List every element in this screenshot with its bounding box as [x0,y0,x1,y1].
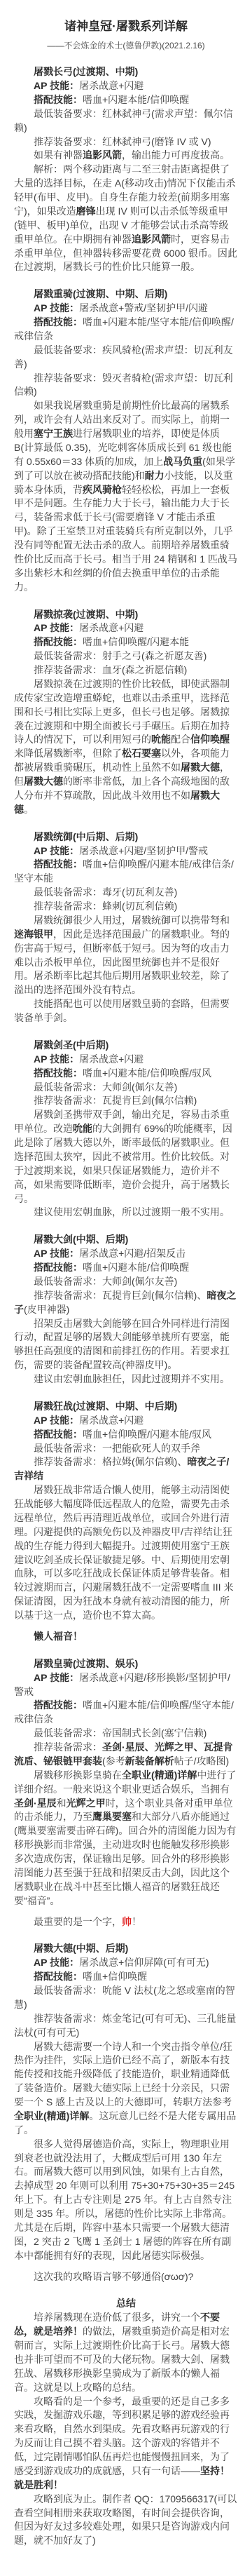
field-line: 最低装备需求：吮能 V 法杖(龙之怒或塞南的智慧) [14,1984,238,2012]
bold-text: 搭配技能： [34,1262,83,1273]
text-run: 和 [57,1798,66,1809]
bold-text: 追影风箭 [132,234,171,245]
text-run: 攻略看的是一个参考，最重要的还是自己多多实践，发掘游戏乐趣，等到积累足够的游戏经… [14,2396,230,2476]
text-run: (皮甲神器) [24,1304,69,1315]
bold-text: 迷海银甲 [14,929,53,940]
bold-text: 屠戮大德 [181,762,220,773]
field-line: 推荐装备需求：圣剑·星辰、光辉之甲、瓦提肯流盾、铋银链甲套装(参考新装备解析帖子… [14,1741,238,1769]
section-1: 屠戮长弓(过渡期、中期)AP 技能：屠杀战意+闪避搭配技能：嗜血+闪避本能/信仰… [14,65,238,274]
paragraph: 攻略看的是一个参考，最重要的还是自己多多实践，发掘游戏乐趣，等到积累足够的游戏经… [14,2395,238,2493]
text-run: 嗜血+信仰唤醒/闪避本能 [83,636,189,647]
bold-text: 光辉之甲 [66,1798,106,1809]
paragraph: 如果有神器追影风箭，输出能力可再度拔高。 [14,149,238,163]
text-run: ！ [132,1916,141,1927]
text-run: 技能搭配也可以使用屠戮皇骑的套路，但需要装备单手剑。 [14,998,230,1023]
bold-text: AP 技能： [34,845,79,856]
bold-text: 战马负重 [163,456,202,467]
text-run: 最低装备需求：一把能砍死人的双手斧 [34,1443,200,1454]
bold-text: AP 技能： [34,1957,79,1968]
text-run: 屠杀战意+闪避/招架反击 [79,1248,185,1259]
paragraph: 最重要的是一个字，帅！ [14,1915,238,1929]
section-3: 屠戮掠袭(过渡期、中期)AP 技能：屠杀战意+闪避搭配技能：嗜血+信仰唤醒/闪避… [14,608,238,817]
text-run: 攻略到底为止。制作者 QQ：1709566317(可以查看空间相册来获取攻略图，… [14,2493,237,2547]
bold-text: 搭配技能： [34,1067,83,1079]
paragraph: 解析：两个移动距离与二至三射击距离提供了大量的选择目标，在走 A(移动攻击)情况… [14,163,238,274]
field-line: 最低装备需求：一把能砍死人的双手斧 [14,1442,238,1456]
field-line: AP 技能：屠杀战意+闪避 [14,1414,238,1428]
text-run: 。 [24,804,34,815]
bold-text: AP 技能： [34,302,79,313]
field-line: 推荐装备需求：瓦提肯巨剑(佩尔信赖)、暗夜之子(皮甲神器) [14,1289,238,1317]
text-run: 帖子/攻略图) [174,1755,230,1767]
field-line: 搭配技能：嗜血+信仰唤醒 [14,1970,238,1984]
field-line: AP 技能：屠杀战意+闪避/招架反击 [14,1247,238,1261]
bold-text: AP 技能： [34,1672,79,1683]
bold-text: 搭配技能： [34,1429,83,1440]
document-title: 诸神皇冠·屠戮系列详解 [14,18,238,35]
text-run: 屠杀战意+警戒/坚韧护甲/闪避 [79,302,208,313]
bold-text: 磨锋 [76,205,96,217]
field-line: AP 技能：屠杀战意+闪避/坚韧护甲/警戒 [14,844,238,858]
bold-text: 塞宁王族 [34,428,73,439]
text-run: 很多人觉得屠德造价高，实际上，物理职业用到衰老也就没法用了，大概成型后可用 13… [14,2138,234,2261]
text-run: 配合 [171,734,190,745]
field-line: AP 技能：屠杀战意+闪避 [14,621,238,635]
text-run: 推荐装备要求：毁灭者骑枪(需求声望：切瓦利信赖) [14,372,233,398]
bold-text: 搭配技能： [34,858,83,870]
paragraph: 攻略到底为止。制作者 QQ：1709566317(可以查看空间相册来获取攻略图，… [14,2493,238,2549]
text-run: 招架反击屠戮大剑能够在回合外同样进行清图行动，配置足够的屠戮大剑能够单挑所有要塞… [14,1318,230,1371]
paragraph: 屠戮大德需要一个诗人和一个突击指令单位/狂热作为挂件，实际上造价已经不高了，新版… [14,2040,238,2138]
paragraph: 屠戮剑圣携带双手剑，输出充足，容易击杀重甲单位。改造吮能的大剑拥有 69%的吮能… [14,1108,238,1206]
text-run: 推荐装备需求：蜂刺(切瓦利信赖) [34,901,177,912]
field-line: 搭配技能：嗜血+信仰唤醒/闪避本能/驭风 [14,1428,238,1442]
bold-text: AP 技能： [34,1053,79,1065]
section-6: 屠戮大剑(中期、后期)AP 技能：屠杀战意+闪避/招架反击搭配技能：嗜血+闪避本… [14,1233,238,1387]
field-line: 最低装备需求：大师剑(佩尔友善) [14,1081,238,1095]
text-run: 推荐装备需求：瓦提肯巨剑(佩尔信赖) [34,1095,197,1106]
bold-text: 屠戮大德 [24,776,63,787]
bold-text: 疾风骑枪 [83,484,122,495]
document-subtitle: ——不会炼金的术士(德鲁伊教)(2021.2.16) [14,40,238,52]
text-run: 建议由宏朝血脉担任，因此过渡期并不实用。 [34,1373,230,1384]
field-line: AP 技能：屠杀战意+闪避 [14,1053,238,1067]
text-run: 推荐装备要求：红林弑神弓(磨锋 IV 或 V) [34,136,211,147]
document-page: 诸神皇冠·屠戮系列详解 ——不会炼金的术士(德鲁伊教)(2021.2.16) 屠… [0,0,252,2576]
text-run: 嗜血+信仰唤醒/闪避本能/驭风 [83,1429,211,1440]
section-5: 屠戮剑圣(中后期)AP 技能：屠杀战意+闪避搭配技能：嗜血+闪避本能/信仰唤醒/… [14,1039,238,1220]
text-run: 屠戮统御很少人用过，屠戮统御可以携带弩和 [34,915,230,926]
section-7: 屠戮狂战(过渡期、中期、中后期)AP 技能：屠杀战意+闪避搭配技能：嗜血+信仰唤… [14,1400,238,1644]
field-line: 搭配技能：嗜血+闪避本能/信仰唤醒 [14,93,238,107]
bold-text: 信仰唤醒 [190,734,230,745]
bold-text: 搭配技能： [34,636,83,647]
bold-text: 圣剑·星辰 [14,1798,57,1809]
text-run: 最低装备需求：毒牙(切瓦利友善) [34,886,177,898]
text-run: 屠杀战意+闪避/坚韧护甲/警戒 [79,845,208,856]
text-run: 如果有神器 [34,149,83,161]
field-line: 搭配技能：嗜血+闪避本能/坚守本能/信仰唤醒/戒律信条 [14,316,238,344]
bold-text: AP 技能： [34,622,79,633]
section-heading: 屠戮长弓(过渡期、中期) [14,65,238,79]
text-run: 屠杀战意+信仰屏障(可有可无) [79,1957,209,1968]
text-run: 推荐装备需求：炼金笔记(可有可无)、三孔能量法杖(可有可无) [14,2013,236,2038]
text-run: 屠杀战意+闪避 [79,80,143,91]
text-run: ，输出能力可再度拔高。 [122,149,230,161]
paragraph: 建议使用宏朝血脉，所以过渡期一般不实用。 [14,1206,238,1220]
field-line: 搭配技能：嗜血+闪避本能/信仰唤醒 [14,1261,238,1275]
text-run: 屠戮移形换影皇骑在 [34,1769,122,1781]
field-line: 搭配技能：嗜血+信仰唤醒/闪避本能/戒律信条/坚守本能 [14,858,238,886]
paragraph: 屠戮狂战非常适合懒人使用，能够主动清图使狂战能够大幅度降低远程敌人的危险，需要先… [14,1483,238,1623]
bold-text: 搭配技能： [34,1971,83,1982]
section-heading: 屠戮大德(中期、后期) [14,1942,238,1956]
paragraph: 招架反击屠戮大剑能够在回合外同样进行清图行动，配置足够的屠戮大剑能够单挑所有要塞… [14,1317,238,1373]
field-line: 推荐装备需求：格拉姆(佩尔信赖)、暗夜之子/吉祥结 [14,1455,238,1483]
bold-text: 松石要塞 [122,748,161,759]
bold-text: 吮能 [151,734,171,745]
paragraph: 建议由宏朝血脉担任，因此过渡期并不实用。 [14,1373,238,1387]
paragraph: 屠戮移形换影皇骑在全职业(精通)详解中进行了详细介绍。一般来说这个职业更适合娱乐… [14,1769,238,1908]
section-4: 屠戮统御(中后期、后期)AP 技能：屠杀战意+闪避/坚韧护甲/警戒搭配技能：嗜血… [14,830,238,1025]
section-9: 屠戮大德(中期、后期)AP 技能：屠杀战意+信仰屏障(可有可无)搭配技能：嗜血+… [14,1942,238,2284]
text-run: 屠戮狂战非常适合懒人使用，能够主动清图使狂战能够大幅度降低远程敌人的危险，需要先… [14,1484,233,1621]
text-run: 最低装备需求：大师剑(佩尔友善) [34,1081,177,1093]
section-heading: 屠戮狂战(过渡期、中期、中后期) [14,1400,238,1414]
text-run: 轻轻松松，再加上一套板甲不是问题。生存能力大于长弓，输出能力大于长弓，装备需求低… [14,484,237,593]
text-run: 屠杀战意+闪避 [79,1053,143,1065]
text-run: 屠杀战意+闪避 [79,1415,143,1426]
text-run: 推荐装备需求：格拉姆(佩尔信赖)、 [34,1456,187,1467]
section-heading: 屠戮统御(中后期、后期) [14,830,238,844]
bold-text: 全职业(精通)详解 [14,2110,89,2122]
field-line: AP 技能：屠杀战意+信仰屏障(可有可无) [14,1956,238,1970]
text-run: 嗜血+闪避本能/信仰唤醒 [83,94,189,105]
bold-text: 追影风箭 [83,149,122,161]
section-heading: 屠戮剑圣(中后期) [14,1039,238,1053]
section-heading: 屠戮重骑(过渡期、中期、后期) [14,288,238,302]
bold-text: 搭配技能： [34,1699,83,1711]
field-line: AP 技能：屠杀战意+闪避/移形换影/坚韧护甲/警戒 [14,1671,238,1699]
text-run: 最重要的是一个字， [34,1916,122,1927]
section-2: 屠戮重骑(过渡期、中期、后期)AP 技能：屠杀战意+警戒/坚韧护甲/闪避搭配技能… [14,288,238,594]
text-run: 培养屠戮现在造价低了很多，讲究一个 [34,2312,200,2323]
bold-text: 搭配技能： [34,94,83,105]
bold-text: 吮能 [73,1123,92,1134]
field-line: 最低装备要求：红林弑神弓(需求声望：佩尔信赖) [14,107,238,135]
bold-text: AP 技能： [34,1248,79,1259]
section-heading: 屠戮掠袭(过渡期、中期) [14,608,238,622]
field-line: 搭配技能：嗜血+信仰唤醒/闪避本能 [14,635,238,649]
article-body: 屠戮长弓(过渡期、中期)AP 技能：屠杀战意+闪避搭配技能：嗜血+闪避本能/信仰… [14,65,238,2548]
paragraph: 懒人福音！ [14,1630,238,1644]
text-run: 推荐装备需求：血牙(森之祈愿信赖) [34,664,187,675]
section-8: 屠戮皇骑(过渡期、娱乐)AP 技能：屠杀战意+闪避/移形换影/坚韧护甲/警戒搭配… [14,1657,238,1929]
field-line: AP 技能：屠杀战意+警戒/坚韧护甲/闪避 [14,302,238,316]
field-line: 最低装备需求：大师剑(佩尔友善) [14,1275,238,1289]
field-line: 推荐装备需求：血牙(森之祈愿信赖) [14,663,238,677]
text-run: 最低装备需求：大师剑(佩尔友善) [34,1276,177,1287]
text-run: 来降低屠戮断率，但除了 [14,748,122,759]
text-run: 最低装备要求：疾风骑枪(需求声望：切瓦利友善) [14,344,233,370]
paragraph: 很多人觉得屠德造价高，实际上，物理职业用到衰老也就没法用了，大概成型后可用 13… [14,2138,238,2263]
field-line: 搭配技能：嗜血+闪避本能/信仰唤醒/驭风 [14,1067,238,1081]
field-line: 推荐装备需求：蜂刺(切瓦利信赖) [14,900,238,914]
text-run: 最低装备要求：红林弑神弓(需求声望：佩尔信赖) [14,108,233,133]
paragraph: 这次我的攻略语言够不够通俗(ơωơ)? [14,2270,238,2284]
paragraph: 培养屠戮现在造价低了很多，讲究一个不要怂，就是培养！的做法，屠戮重骑造价高是相对… [14,2311,238,2394]
field-line: 最低装备要求：疾风骑枪(需求声望：切瓦利友善) [14,344,238,372]
text-run: 这次我的攻略语言够不够通俗(ơωơ)? [34,2271,193,2282]
field-line: 搭配技能：嗜血+闪避本能/信仰唤醒/坚守本能/戒律信条 [14,1699,238,1727]
field-line: 最低装备需求：毒牙(切瓦利友善) [14,886,238,900]
text-run: 推荐装备需求：瓦提肯巨剑(佩尔信赖)、 [34,1290,206,1301]
field-line: 最低装备需求：射手之弓(森之祈愿友善) [14,649,238,663]
text-run: 最低装备需求：帝国制式长剑(塞宁信赖) [34,1727,206,1739]
text-run: 和大部分八盾亦能通过(鹰巢要塞需要击碎石碑)。回合外的清图能力因为有移形换影而非… [14,1811,236,1906]
bold-text: 新装备解析 [125,1755,174,1767]
paragraph: 屠戮统御很少人用过，屠戮统御可以携带弩和迷海银甲，因此是选择范围最广的屠戮职业。… [14,914,238,997]
section-10: 总结培养屠戮现在造价低了很多，讲究一个不要怂，就是培养！的做法，屠戮重骑造价高是… [14,2297,238,2548]
field-line: 推荐装备要求：毁灭者骑枪(需求声望：切瓦利信赖) [14,372,238,400]
text-run: 屠杀战意+闪避 [79,622,143,633]
text-run: 推荐装备需求： [34,1741,102,1753]
bold-text: AP 技能： [34,1415,79,1426]
bold-text: 全职业(精通)详解 [122,1769,197,1781]
section-heading: 屠戮皇骑(过渡期、娱乐) [14,1657,238,1671]
section-heading: 屠戮大剑(中期、后期) [14,1233,238,1247]
bold-text: 耐力 [145,470,164,481]
text-run: 的大剑拥有 69%的吮能概率，因此是除了屠戮大德以外，断率最低的屠戮职业。但选择… [14,1123,232,1203]
text-run: 建议使用宏朝血脉，所以过渡期一般不实用。 [34,1206,230,1218]
field-line: AP 技能：屠杀战意+闪避 [14,79,238,93]
text-run: 最低装备需求：吮能 V 法杖(龙之怒或塞南的智慧) [14,1985,235,2010]
text-run: 屠戮大德需要一个诗人和一个突击指令单位/狂热作为挂件，实际上造价已经不高了，新版… [14,2041,232,2108]
text-run: 嗜血+信仰唤醒 [83,1971,147,1982]
bold-text: 鹰巢要塞 [92,1811,132,1822]
text-run: 嗜血+闪避本能/信仰唤醒/驭风 [83,1067,211,1079]
highlight-red-text: 帅 [122,1916,132,1927]
bold-text: AP 技能： [34,80,79,91]
paragraph: 技能搭配也可以使用屠戮皇骑的套路，但需要装备单手剑。 [14,997,238,1025]
text-run: 嗜血+闪避本能/信仰唤醒 [83,1262,189,1273]
field-line: 最低装备需求：帝国制式长剑(塞宁信赖) [14,1727,238,1741]
field-line: 推荐装备需求：瓦提肯巨剑(佩尔信赖) [14,1094,238,1108]
field-line: 推荐装备要求：红林弑神弓(磨锋 IV 或 V) [14,135,238,149]
paragraph: 如果我说屠戮重骑是前期性价比最高的屠戮系列，或许会有人站出来反对了。而实际上，前… [14,399,238,594]
section-heading: 总结 [14,2297,238,2311]
field-line: 推荐装备需求：炼金笔记(可有可无)、三孔能量法杖(可有可无) [14,2012,238,2040]
text-run: (参考 [102,1755,125,1767]
bold-text: 懒人福音！ [34,1631,83,1642]
paragraph: 屠戮掠袭在过渡期的性价比较低，即使武器制成传家宝改造增重蟒蛇，也难以击杀重甲，选… [14,677,238,817]
text-run: 最低装备需求：射手之弓(森之祈愿友善) [34,650,206,661]
bold-text: 搭配技能： [34,316,83,328]
